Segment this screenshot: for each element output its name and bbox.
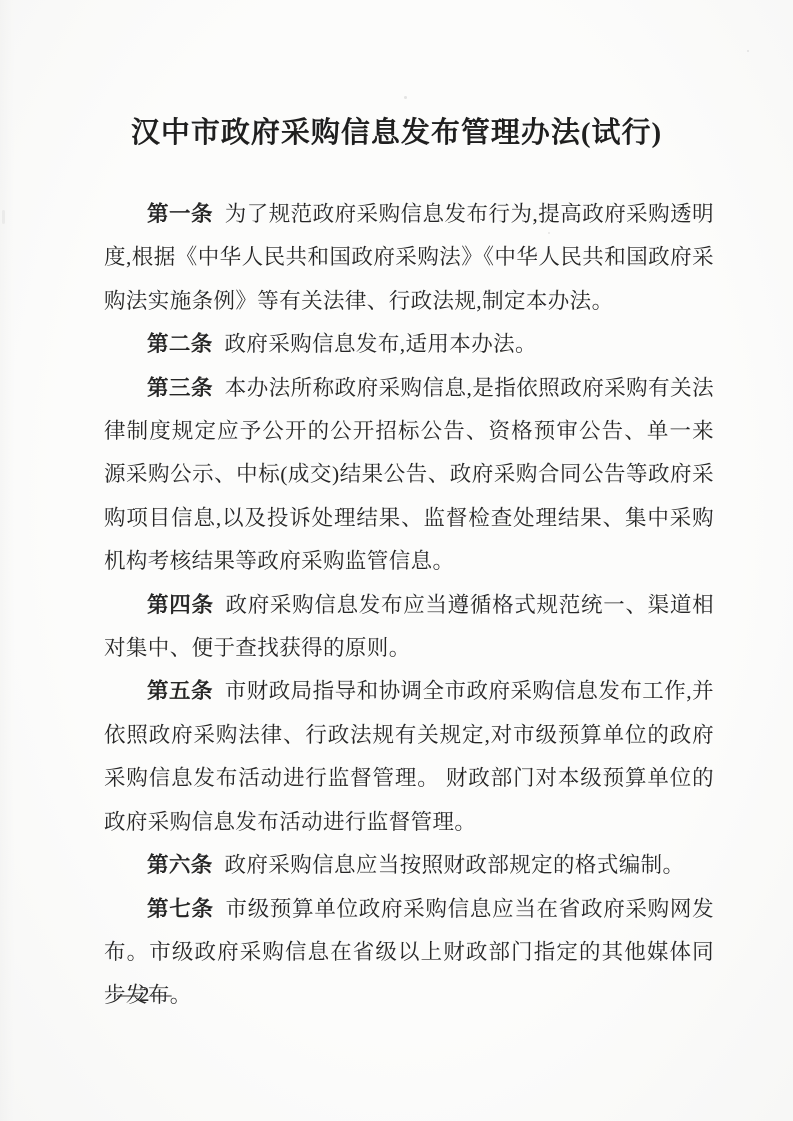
article-number-label: 第二条 (147, 332, 213, 356)
document-page: 汉中市政府采购信息发布管理办法(试行) 第一条为了规范政府采购信息发布行为,提高… (0, 0, 793, 1121)
article-paragraph: 第六条政府采购信息应当按照财政部规定的格式编制。 (104, 844, 714, 887)
article-paragraph: 第二条政府采购信息发布,适用本办法。 (104, 323, 714, 366)
article-paragraph: 第三条本办法所称政府采购信息,是指依照政府采购有关法律制度规定应予公开的公开招标… (104, 367, 714, 584)
article-number-label: 第四条 (147, 593, 214, 617)
document-body: 第一条为了规范政府采购信息发布行为,提高政府采购透明度,根据《中华人民共和国政府… (104, 193, 714, 1018)
article-number-label: 第三条 (147, 376, 213, 400)
scan-edge-mark (2, 210, 5, 224)
article-paragraph: 第一条为了规范政府采购信息发布行为,提高政府采购透明度,根据《中华人民共和国政府… (104, 193, 714, 323)
article-number-label: 第五条 (147, 679, 213, 703)
article-paragraph: 第七条市级预算单位政府采购信息应当在省政府采购网发布。市级政府采购信息在省级以上… (104, 888, 714, 1018)
article-paragraph: 第五条市财政局指导和协调全市政府采购信息发布工作,并依照政府采购法律、行政法规有… (104, 670, 714, 844)
article-text: 政府采购信息应当按照财政部规定的格式编制。 (225, 853, 685, 877)
page-number: —2— (117, 982, 173, 1007)
article-number-label: 第七条 (147, 897, 214, 921)
scan-speck (747, 50, 749, 52)
article-text: 本办法所称政府采购信息,是指依照政府采购有关法律制度规定应予公开的公开招标公告、… (104, 376, 714, 574)
article-number-label: 第一条 (147, 202, 213, 226)
scan-speck (404, 96, 407, 99)
article-text: 政府采购信息发布,适用本办法。 (225, 332, 537, 356)
document-title: 汉中市政府采购信息发布管理办法(试行) (0, 110, 793, 151)
article-number-label: 第六条 (147, 853, 213, 877)
article-paragraph: 第四条政府采购信息发布应当遵循格式规范统一、渠道相对集中、便于查找获得的原则。 (104, 584, 714, 671)
